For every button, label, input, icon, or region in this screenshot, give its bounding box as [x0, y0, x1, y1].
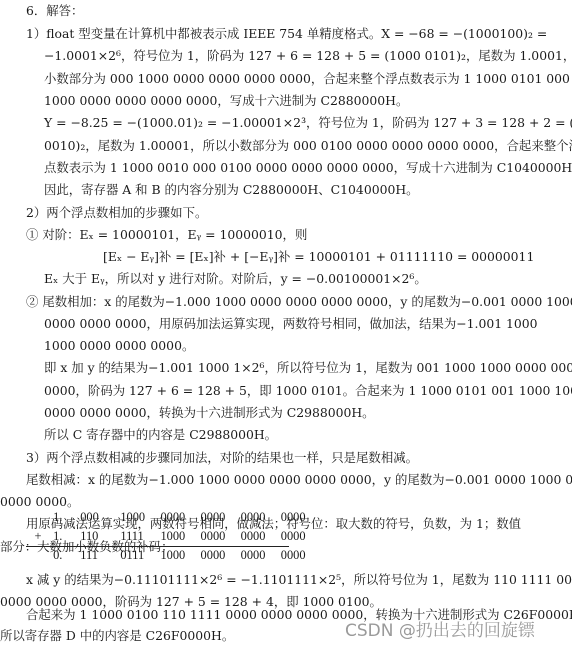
- part2-step2-conclusion: 所以 C 寄存器中的内容是 C2988000H。: [44, 427, 277, 443]
- answer-heading: 6．解答：: [26, 3, 83, 19]
- part2-step2-line6: 0000 0000 0000，转换为十六进制形式为 C2988000H。: [44, 405, 375, 421]
- part3-title: 3）两个浮点数相减的步骤同加法，对阶的结果也一样，只是尾数相减。: [26, 450, 418, 466]
- part2-title: 2）两个浮点数相加的步骤如下。: [26, 205, 207, 221]
- part2-step1-line3: Eₓ 大于 Eᵧ，所以对 y 进行对阶。对阶后，y = −0.00100001×…: [44, 271, 427, 287]
- part2-step2-line1: ② 尾数相加：x 的尾数为−1.000 1000 0000 0000 0000 …: [26, 294, 572, 310]
- part2-step1-line1: ① 对阶：Eₓ = 10000101，Eᵧ = 10000010，则: [26, 227, 307, 243]
- part2-step2-line5: 0000，阶码为 127 + 6 = 128 + 5，即 1000 0101。合…: [44, 383, 572, 399]
- part1-line7: 点数表示为 1 1000 0010 000 0100 0000 0000 000…: [44, 160, 572, 176]
- part2-step1-formula: [Eₓ − Eᵧ]补 = [Eₓ]补 + [−Eᵧ]补 = 10000101 +…: [103, 249, 534, 265]
- part1-conclusion: 因此，寄存器 A 和 B 的内容分别为 C2880000H、C1040000H。: [44, 182, 419, 198]
- part1-line5: Y = −8.25 = −(1000.01)₂ = −1.00001×2³，符号…: [44, 115, 572, 131]
- part1-line4: 1000 0000 0000 0000 0000，写成十六进制为 C288000…: [44, 93, 408, 109]
- subtraction-calculation: 1. 000 1000 0000 0000 0000 0000 + 1. 110…: [26, 508, 318, 565]
- csdn-watermark: CSDN @扔出去的回旋镖: [345, 616, 535, 641]
- part3-conclusion: 所以寄存器 D 中的内容是 C26F0000H。: [0, 628, 234, 644]
- calc-row-addend: + 1. 110 1111 1000 0000 0000 0000: [26, 527, 318, 546]
- part1-line1: 1）float 型变量在计算机中都被表示成 IEEE 754 单精度格式。X =…: [26, 26, 547, 42]
- part1-line2: −1.0001×2⁶，符号位为 1，阶码为 127 + 6 = 128 + 5 …: [44, 48, 572, 64]
- part2-step2-line2: 0000 0000 0000，用原码加法运算实现，两数符号相同，做加法，结果为−…: [44, 316, 538, 332]
- part1-line3: 小数部分为 000 1000 0000 0000 0000 0000，合起来整个…: [44, 71, 570, 87]
- part2-step2-line4: 即 x 加 y 的结果为−1.001 1000 1×2⁶，所以符号位为 1，尾数…: [44, 360, 572, 376]
- calc-row-minuend: 1. 000 1000 0000 0000 0000 0000: [26, 508, 318, 527]
- calc-row-result: 0. 111 0111 1000 0000 0000 0000: [26, 546, 318, 565]
- part3-line1: 尾数相减：x 的尾数为−1.000 1000 0000 0000 0000 00…: [26, 472, 572, 488]
- part3-result-line1: x 减 y 的结果为−0.11101111×2⁶ = −1.1101111×2⁵…: [26, 572, 572, 588]
- part1-line6: 0010)₂，尾数为 1.00001，所以小数部分为 000 0100 0000…: [44, 138, 572, 154]
- part2-step2-line3: 1000 0000 0000 0000。: [44, 338, 194, 354]
- sum-divider-line: [26, 546, 289, 547]
